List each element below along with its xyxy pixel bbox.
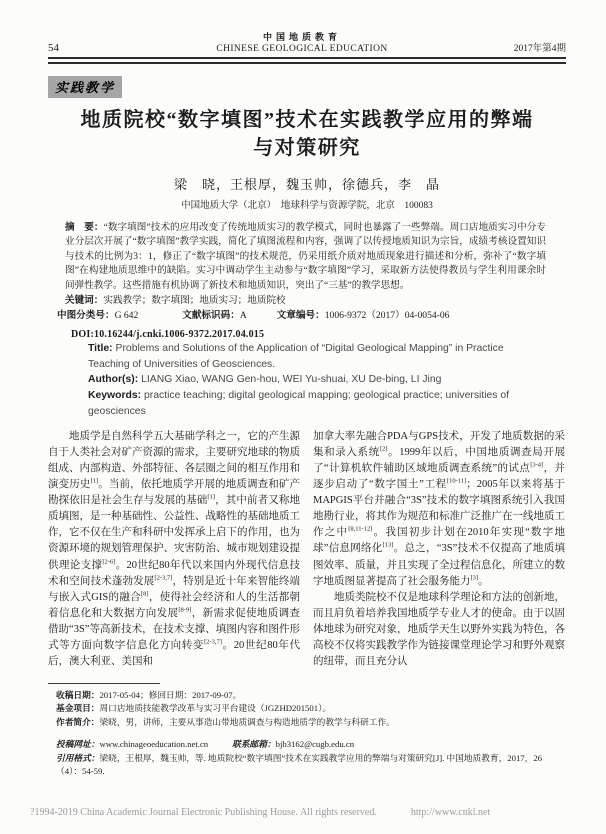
footnote-fund-label: 基金项目： xyxy=(56,703,99,713)
keywords-cn-line: 关键词：实践教学；数字填图；地质实习；地质院校 xyxy=(65,294,546,308)
citation-text: 梁晓，王根厚，魏玉帅，等. 地质院校“数字填图”技术在实践教学应用的弊端与对策研… xyxy=(56,753,542,776)
clc-segment: 中图分类号：G 642 xyxy=(57,309,138,323)
en-keywords-line: Keywords: practice teaching; digital geo… xyxy=(88,388,538,420)
footnote-rule xyxy=(48,683,160,684)
header-rule xyxy=(48,57,566,64)
en-title-line: Title: Problems and Solutions of the App… xyxy=(88,341,538,373)
article-id-label: 文章编号： xyxy=(277,310,325,321)
doc-code-value: A xyxy=(240,310,247,321)
copyright-line: ?1994-2019 China Academic Journal Electr… xyxy=(30,807,490,818)
doi-line: DOI:10.16244/j.cnki.1006-9372.2017.04.01… xyxy=(71,329,566,340)
journal-title-cn: 中国地质教育 xyxy=(118,30,486,43)
journal-title-en: CHINESE GEOLOGICAL EDUCATION xyxy=(118,44,486,54)
submission-url: www.chinageoeducation.net.cn xyxy=(99,739,208,749)
citation-line: 引用格式：梁晓，王根厚，魏玉帅，等. 地质院校“数字填图”技术在实践教学应用的弊… xyxy=(56,752,566,778)
en-authors-line: Author(s): LIANG Xiao, WANG Gen-hou, WEI… xyxy=(88,372,538,388)
doc-code-label: 文献标识码： xyxy=(182,310,240,321)
en-title-label: Title: xyxy=(88,343,113,354)
contact-email: bjb3162@cugb.edu.cn xyxy=(276,739,354,749)
footnote-author-bio-text: 梁晓，男，讲师，主要从事造山带地质调查与构造地质学的教学与科研工作。 xyxy=(99,717,394,727)
body-paragraph: 地质类院校不仅是地球科学理论和方法的创新地，而且肩负着培养我国地质学专业人才的使… xyxy=(313,590,565,670)
article-meta: 摘 要：“数字填图”技术的应用改变了传统地质实习的教学模式，同时也暴露了一些弊端… xyxy=(65,221,546,324)
article-title-line1: 地质院校“数字填图”技术在实践教学应用的弊端 xyxy=(48,106,566,134)
affiliation-line: 中国地质大学（北京） 地球科学与资源学院，北京 100083 xyxy=(48,197,566,211)
footnote-received-label: 收稿日期： xyxy=(56,690,99,700)
submission-line: 投稿网址：www.chinageoeducation.net.cn联系邮箱：bj… xyxy=(56,738,566,751)
doc-code-segment: 文献标识码：A xyxy=(182,309,247,323)
footnote-received: 收稿日期：2017-05-04；修回日期：2017-09-07。 xyxy=(56,689,566,702)
article-title-line2: 与对策研究 xyxy=(48,134,566,162)
body-column-left: 地质学是自然科学五大基础学科之一，它的产生源自于人类社会对矿产资源的需求，主要研… xyxy=(48,429,300,670)
en-authors-text: LIANG Xiao, WANG Gen-hou, WEI Yu-shuai, … xyxy=(141,374,441,385)
citation-label: 引用格式： xyxy=(56,753,99,763)
journal-header: 54 中国地质教育 CHINESE GEOLOGICAL EDUCATION 2… xyxy=(48,30,566,54)
submission-label: 投稿网址： xyxy=(56,739,99,749)
en-title-text: Problems and Solutions of the Applicatio… xyxy=(88,343,504,370)
journal-page: 54 中国地质教育 CHINESE GEOLOGICAL EDUCATION 2… xyxy=(0,0,606,834)
english-metadata: Title: Problems and Solutions of the App… xyxy=(88,341,538,420)
keywords-cn-text: 实践教学；数字填图；地质实习；地质院校 xyxy=(103,295,285,306)
copyright-text: ?1994-2019 China Academic Journal Electr… xyxy=(30,807,377,818)
footnote-fund-text: 周口店地质技能教学改革与实习平台建设（JGZHD201501）。 xyxy=(99,703,331,713)
body-columns: 地质学是自然科学五大基础学科之一，它的产生源自于人类社会对矿产资源的需求，主要研… xyxy=(48,429,566,670)
article-id-segment: 文章编号：1006-9372（2017）04-0054-06 xyxy=(277,309,450,323)
en-keywords-label: Keywords: xyxy=(88,390,141,401)
abstract-block: 摘 要：“数字填图”技术的应用改变了传统地质实习的教学模式，同时也暴露了一些弊端… xyxy=(65,221,546,293)
body-paragraph: 地质学是自然科学五大基础学科之一，它的产生源自于人类社会对矿产资源的需求，主要研… xyxy=(48,429,300,670)
keywords-cn-label: 关键词： xyxy=(65,295,103,306)
footnote-author-bio: 作者简介：梁晓，男，讲师，主要从事造山带地质调查与构造地质学的教学与科研工作。 xyxy=(56,716,566,729)
section-badge: 实践教学 xyxy=(48,76,122,98)
footnotes: 收稿日期：2017-05-04；修回日期：2017-09-07。 基金项目：周口… xyxy=(56,689,566,729)
footnote-author-bio-label: 作者简介： xyxy=(56,717,99,727)
en-keywords-text: practice teaching; digital geological ma… xyxy=(88,390,509,417)
issue-label: 2017年第4期 xyxy=(486,40,566,54)
footnote-received-text: 2017-05-04；修回日期：2017-09-07。 xyxy=(99,690,241,700)
body-column-right: 加拿大率先融合PDA与GPS技术，开发了地质数据的采集和录入系统[2]。1999… xyxy=(313,429,565,670)
body-paragraph: 加拿大率先融合PDA与GPS技术，开发了地质数据的采集和录入系统[2]。1999… xyxy=(313,429,565,590)
journal-masthead: 中国地质教育 CHINESE GEOLOGICAL EDUCATION xyxy=(118,30,486,54)
article-title: 地质院校“数字填图”技术在实践教学应用的弊端 与对策研究 xyxy=(48,106,566,162)
en-authors-label: Author(s): xyxy=(88,374,138,385)
article-id-value: 1006-9372（2017）04-0054-06 xyxy=(325,310,450,321)
cnki-url: http://www.cnki.net xyxy=(411,807,490,818)
classification-line: 中图分类号：G 642 文献标识码：A 文章编号：1006-9372（2017）… xyxy=(57,309,546,323)
clc-value: G 642 xyxy=(115,310,139,321)
authors-line: 梁 晓，王根厚，魏玉帅，徐德兵，李 晶 xyxy=(48,174,566,193)
abstract-text: “数字填图”技术的应用改变了传统地质实习的教学模式，同时也暴露了一些弊端。周口店… xyxy=(65,222,546,291)
abstract-label: 摘 要： xyxy=(65,222,104,233)
clc-label: 中图分类号： xyxy=(57,310,115,321)
footnote-fund: 基金项目：周口店地质技能教学改革与实习平台建设（JGZHD201501）。 xyxy=(56,702,566,715)
page-number: 54 xyxy=(48,42,118,54)
contact-label: 联系邮箱： xyxy=(232,739,275,749)
